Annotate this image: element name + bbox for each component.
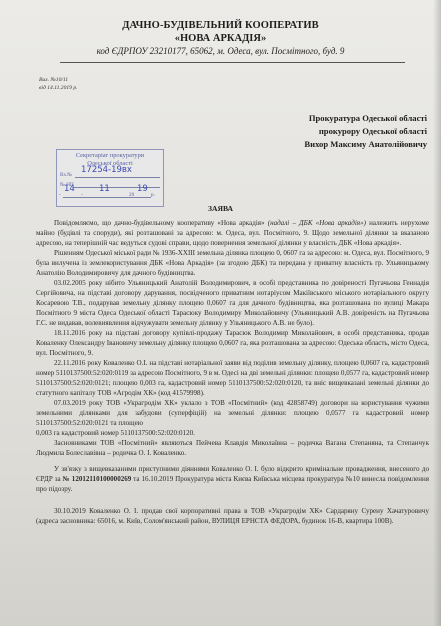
outgoing-number: Вих. №10/11 [39,77,78,85]
stamp-incoming-row: Вх.№ 17254-19вх [57,168,163,178]
stamp-day: 14 [64,185,75,193]
letterhead-org-type: ДАЧНО-БУДІВЕЛЬНИЙ КООПЕРАТИВ [0,20,441,31]
paragraph-1: Повідомляємо, що дачно-будівельному кооп… [36,218,429,248]
paragraph-2: Рішенням Одеської міської ради № 1936-XX… [36,248,429,278]
paragraph-1-italic: (надалі – ДБК «Нова аркадія») [268,219,366,227]
paragraph-9: 30.10.2019 Коваленко О. І. продав свої к… [36,506,429,526]
paragraph-1-text-a: Повідомляємо, що дачно-будівельному кооп… [54,219,268,227]
letterhead-org-name: «НОВА АРКАДІЯ» [0,33,441,44]
document-body: Повідомляємо, що дачно-будівельному кооп… [36,218,429,526]
letterhead-divider [60,62,405,63]
stamp-date-row: - 14 - 11 20 19 р. [57,188,163,198]
outgoing-reference: Вих. №10/11 від 14.11.2019 р. [39,77,78,92]
stamp-line-1: Секретаріат прокуратури [57,152,163,160]
paragraph-5: 22.11.2016 року Коваленко О.І. на підста… [36,358,429,398]
stamp-year-unit: р. [151,191,155,199]
stamp-date-underline [63,197,151,198]
outgoing-date: від 14.11.2019 р. [39,85,78,93]
erdr-number: № 12012110100000269 [63,475,132,483]
addressee-line-2: прокурору Одеської області [304,125,427,138]
paragraph-6-cont: 0,003 га кадастровий номер 5110137500:52… [36,428,429,438]
document-title: ЗАЯВА [0,204,441,213]
paragraph-8: У зв'язку з вищевказаними приступними ді… [36,464,429,494]
stamp-month: 11 [99,185,110,193]
paragraph-7: Засновниками ТОВ «Посмітний» являються П… [36,438,429,458]
paragraph-6: 07.03.2019 року ТОВ «Украгродім ХК» укла… [36,398,429,428]
addressee-block: Прокуратура Одеської області прокурору О… [304,112,427,151]
stamp-in-number: 17254-19вх [81,166,132,174]
registration-stamp: Секретаріат прокуратури Одеської області… [56,149,164,207]
paragraph-4: 18.11.2016 року на підставі договору куп… [36,328,429,358]
stamp-date-dash: - [59,191,61,199]
addressee-line-1: Прокуратура Одеської області [304,112,427,125]
paragraph-3: 03.02.2005 року нібито Ульяницький Анато… [36,278,429,328]
stamp-year-suffix: 19 [137,185,148,193]
addressee-line-3: Вихор Максиму Анатолійовичу [304,138,427,151]
page-shadow-edge [433,0,441,626]
document-page: ДАЧНО-БУДІВЕЛЬНИЙ КООПЕРАТИВ «НОВА АРКАД… [0,0,441,626]
letterhead-details: код ЄДРПОУ 23210177, 65062, м. Одеса, ву… [0,46,441,56]
